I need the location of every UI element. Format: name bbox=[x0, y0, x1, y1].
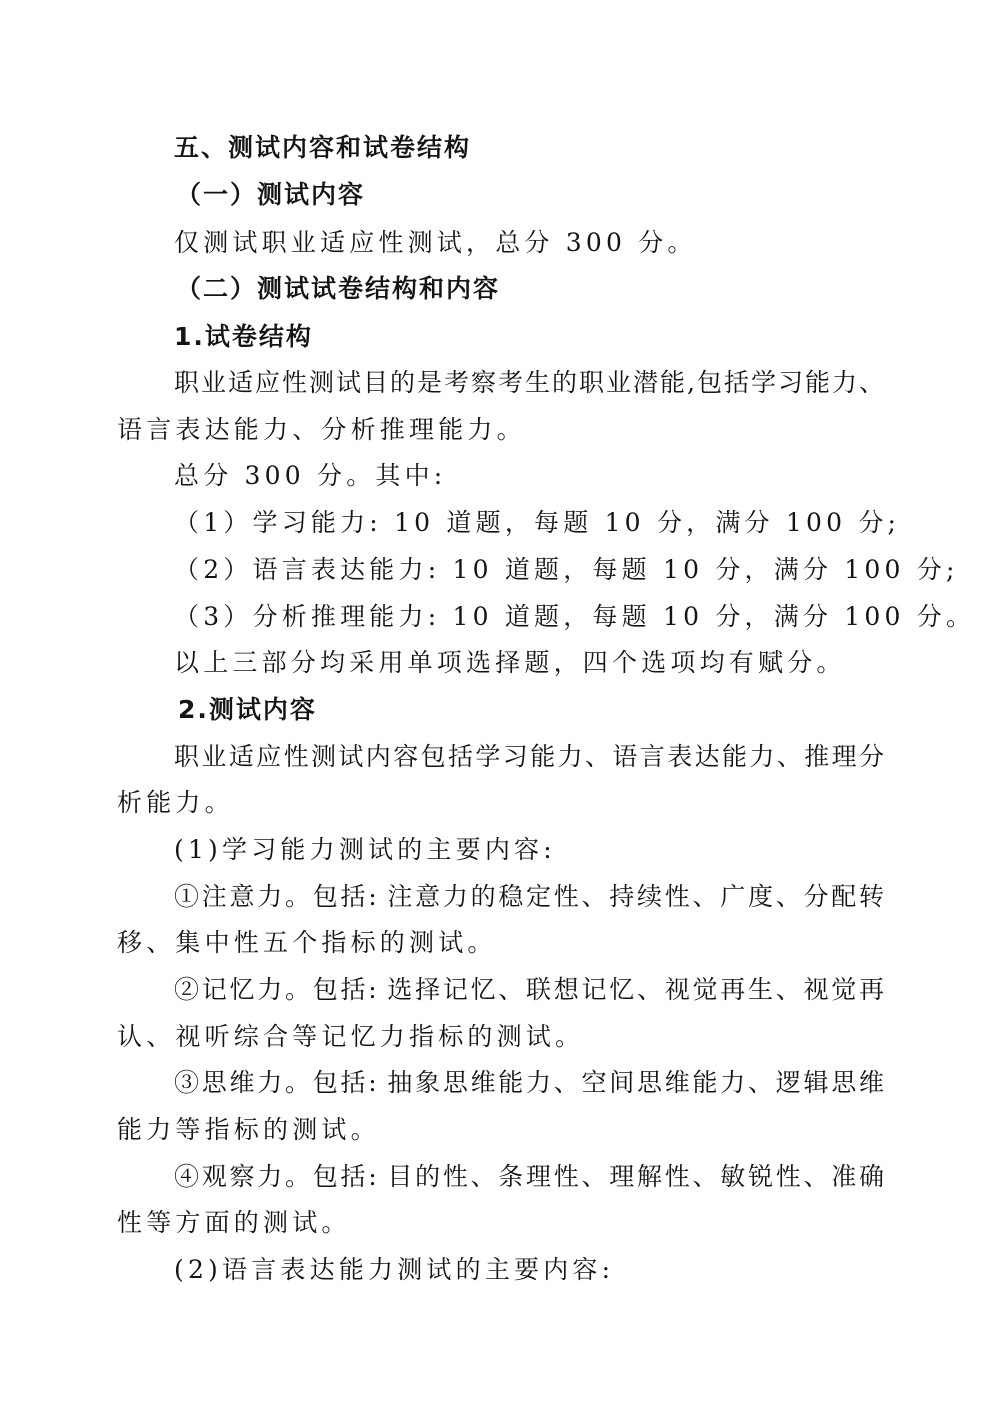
paragraph-question-format: 以上三部分均采用单项选择题，四个选项均有赋分。 bbox=[174, 646, 846, 680]
paragraph-purpose-line1: 职业适应性测试目的是考察考生的职业潜能,包括学习能力、 bbox=[174, 366, 884, 400]
section-title: 五、测试内容和试卷结构 bbox=[174, 131, 471, 165]
paragraph-content-line1: 职业适应性测试内容包括学习能力、语言表达能力、推理分 bbox=[174, 740, 884, 774]
score-item-reasoning: （3）分析推理能力: 10 道题，每题 10 分，满分 100 分。 bbox=[174, 600, 975, 634]
paragraph-purpose-line2: 语言表达能力、分析推理能力。 bbox=[117, 413, 526, 447]
heading-paper-structure: 1.试卷结构 bbox=[174, 320, 313, 354]
score-item-learning: （1）学习能力: 10 道题，每题 10 分，满分 100 分; bbox=[174, 506, 900, 540]
item-observation-line1: ④观察力。包括: 目的性、条理性、理解性、敏锐性、准确 bbox=[174, 1160, 884, 1194]
item-observation-line2: 性等方面的测试。 bbox=[117, 1206, 351, 1240]
item-thinking-line1: ③思维力。包括: 抽象思维能力、空间思维能力、逻辑思维 bbox=[174, 1066, 884, 1100]
score-item-language: （2）语言表达能力: 10 道题，每题 10 分，满分 100 分; bbox=[174, 553, 959, 587]
subsection-heading-paper-structure: （二）测试试卷结构和内容 bbox=[176, 272, 500, 306]
subsection-heading-test-content: （一）测试内容 bbox=[176, 178, 365, 212]
heading-learning-ability: (1)学习能力测试的主要内容: bbox=[174, 833, 556, 867]
item-attention-line1: ①注意力。包括: 注意力的稳定性、持续性、广度、分配转 bbox=[174, 880, 884, 914]
paragraph-content-line2: 析能力。 bbox=[117, 786, 234, 820]
paragraph-test-scope: 仅测试职业适应性测试，总分 300 分。 bbox=[174, 226, 697, 260]
heading-test-content: 2.测试内容 bbox=[178, 693, 317, 727]
item-memory-line2: 认、视听综合等记忆力指标的测试。 bbox=[117, 1020, 584, 1054]
item-attention-line2: 移、集中性五个指标的测试。 bbox=[117, 926, 497, 960]
paragraph-total-score: 总分 300 分。其中: bbox=[174, 459, 446, 493]
item-thinking-line2: 能力等指标的测试。 bbox=[117, 1113, 380, 1147]
heading-language-ability: (2)语言表达能力测试的主要内容: bbox=[174, 1253, 614, 1287]
item-memory-line1: ②记忆力。包括: 选择记忆、联想记忆、视觉再生、视觉再 bbox=[174, 973, 884, 1007]
